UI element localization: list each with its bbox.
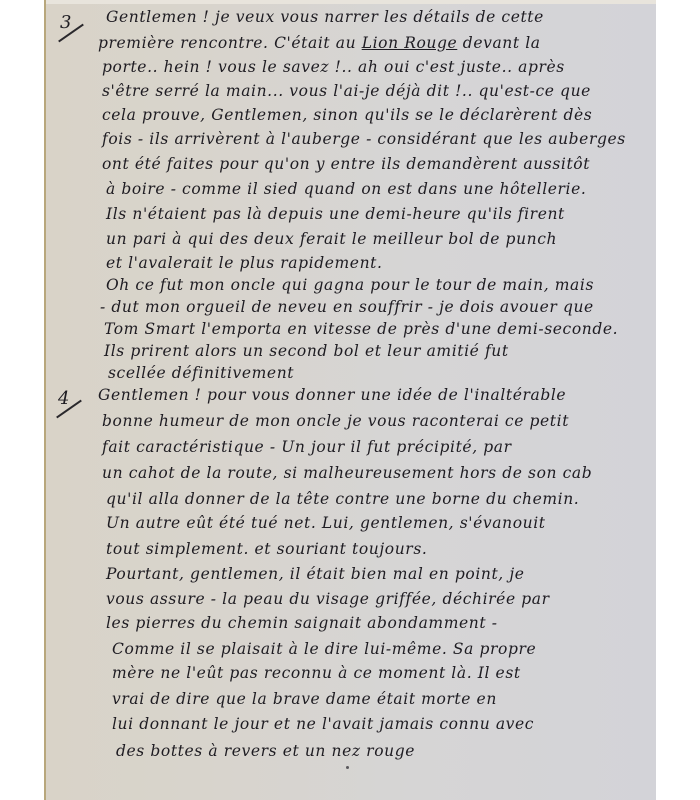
section-number-label: 3 <box>60 12 71 33</box>
manuscript-line: Tom Smart l'emporta en vitesse de près d… <box>104 320 618 338</box>
manuscript-line: s'être serré la main... vous l'ai-je déj… <box>102 82 591 100</box>
manuscript-line: mère ne l'eût pas reconnu à ce moment là… <box>112 664 521 682</box>
manuscript-line: les pierres du chemin saignait abondamme… <box>106 614 498 632</box>
manuscript-line: à boire - comme il sied quand on est dan… <box>106 180 586 198</box>
manuscript-line: tout simplement. et souriant toujours. <box>106 540 427 558</box>
manuscript-line: Gentlemen ! je veux vous narrer les déta… <box>106 8 544 26</box>
section-number-4: 4 <box>58 388 69 409</box>
manuscript-line: vous assure - la peau du visage griffée,… <box>106 590 550 608</box>
ink-dot <box>346 766 349 769</box>
manuscript-line: - dut mon orgueil de neveu en souffrir -… <box>100 298 594 316</box>
manuscript-line: Un autre eût été tué net. Lui, gentlemen… <box>106 514 546 532</box>
manuscript-page: 3 Gentlemen ! je veux vous narrer les dé… <box>44 0 656 800</box>
underlined-phrase: Lion Rouge <box>362 34 458 52</box>
manuscript-line: et l'avalerait le plus rapidement. <box>106 254 383 272</box>
manuscript-line: Comme il se plaisait à le dire lui-même.… <box>112 640 536 658</box>
manuscript-line: scellée définitivement <box>108 364 294 382</box>
manuscript-line: ont été faites pour qu'on y entre ils de… <box>102 155 590 173</box>
manuscript-line: fois - ils arrivèrent à l'auberge - cons… <box>102 130 626 148</box>
manuscript-line: Oh ce fut mon oncle qui gagna pour le to… <box>106 276 594 294</box>
manuscript-line: des bottes à revers et un nez rouge <box>116 742 415 760</box>
manuscript-line: première rencontre. C'était au Lion Roug… <box>98 34 541 52</box>
manuscript-line: un cahot de la route, si malheureusement… <box>102 464 592 482</box>
manuscript-line: Pourtant, gentlemen, il était bien mal e… <box>106 565 525 583</box>
manuscript-line: bonne humeur de mon oncle je vous racont… <box>102 412 569 430</box>
manuscript-line: lui donnant le jour et ne l'avait jamais… <box>112 715 534 733</box>
manuscript-line: vrai de dire que la brave dame était mor… <box>112 690 497 708</box>
manuscript-line: qu'il alla donner de la tête contre une … <box>106 490 579 508</box>
section-number-label: 4 <box>58 388 69 409</box>
manuscript-line: Gentlemen ! pour vous donner une idée de… <box>98 386 566 404</box>
manuscript-line: fait caractéristique - Un jour il fut pr… <box>102 438 512 456</box>
manuscript-line: un pari à qui des deux ferait le meilleu… <box>106 230 557 248</box>
manuscript-line: Ils n'étaient pas là depuis une demi-heu… <box>106 205 565 223</box>
manuscript-line: Ils prirent alors un second bol et leur … <box>104 342 509 360</box>
manuscript-line: porte.. hein ! vous le savez !.. ah oui … <box>102 58 565 76</box>
section-number-3: 3 <box>60 12 71 33</box>
manuscript-line: cela prouve, Gentlemen, sinon qu'ils se … <box>102 106 592 124</box>
